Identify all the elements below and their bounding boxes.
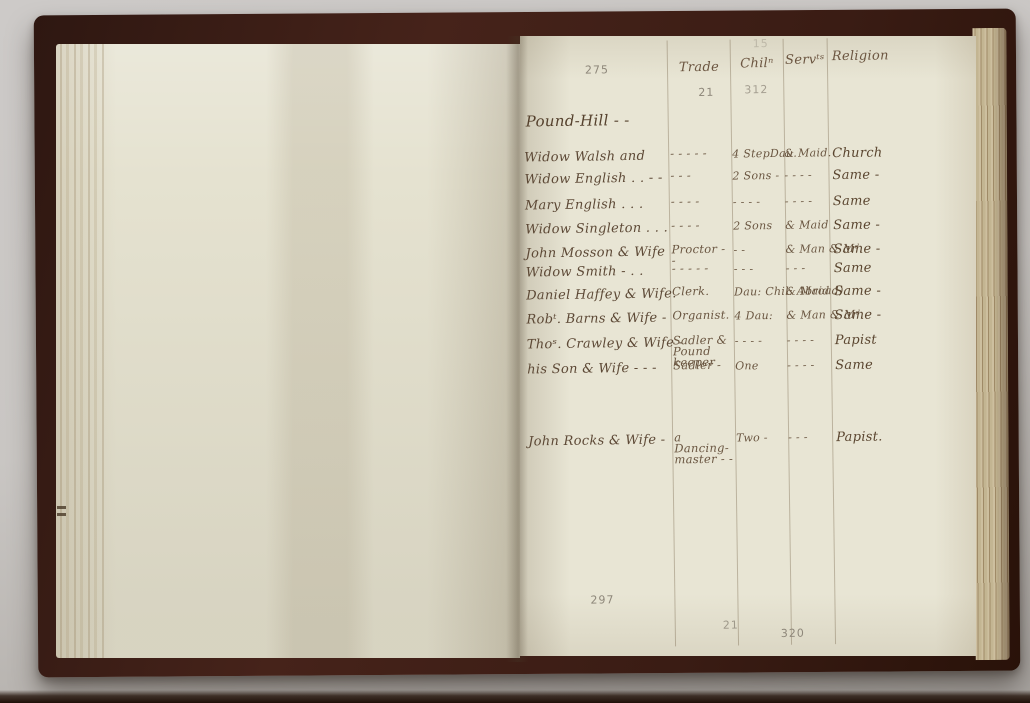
servants-cell: - - - -	[787, 358, 833, 372]
religion-cell: Same -	[833, 240, 965, 257]
servants-cell: - - -	[788, 430, 834, 444]
name-cell: Widow Walsh and	[524, 148, 674, 165]
children-cell: Two -	[736, 431, 788, 445]
trade-cell: - - - -	[671, 196, 733, 208]
register-table: Trade Chilⁿ Servᵗˢ Religion 275 15 21 31…	[517, 32, 982, 658]
children-cell: 2 Sons -	[732, 169, 784, 183]
left-page	[56, 44, 520, 658]
table-row: Robᵗ. Barns & Wife - Organist. 4 Dau: & …	[520, 306, 976, 334]
pencil-bottom-mid: 21	[723, 619, 739, 632]
religion-cell: Church	[832, 144, 964, 161]
name-cell: John Mosson & Wife	[525, 244, 675, 261]
name-cell: Widow Singleton . . .	[525, 220, 675, 237]
name-cell: Thoˢ. Crawley & Wife -	[527, 335, 677, 352]
pencil-trade-tally: 21	[698, 86, 714, 99]
servants-cell: - - - -	[784, 168, 830, 182]
name-cell: John Rocks & Wife -	[528, 432, 678, 449]
religion-cell: Same	[834, 259, 966, 276]
trade-cell: Organist.	[672, 310, 734, 322]
name-cell: Mary English . . .	[525, 196, 675, 213]
religion-cell: Same	[833, 192, 965, 209]
pencil-page-number: 275	[585, 63, 609, 76]
servants-cell: & Maid	[785, 218, 831, 232]
name-cell: Daniel Haffey & Wife.	[526, 286, 676, 303]
trade-cell: - - -	[670, 170, 732, 182]
name-cell: Robᵗ. Barns & Wife -	[526, 310, 676, 327]
children-cell: - - - -	[733, 195, 785, 209]
gutter-shadow	[506, 36, 528, 662]
table-row: John Rocks & Wife - a Dancing- master - …	[522, 428, 978, 456]
servants-cell: & Maid.	[784, 146, 830, 160]
servants-cell: - - - -	[787, 333, 833, 347]
religion-cell: Papist.	[836, 428, 968, 445]
children-cell: Dau: Chil: Abroad)	[734, 285, 786, 299]
binding-stubs	[60, 44, 108, 658]
right-page: Trade Chilⁿ Servᵗˢ Religion 275 15 21 31…	[520, 36, 976, 656]
table-row: Thoˢ. Crawley & Wife - Sadler & Pound ke…	[521, 331, 977, 359]
column-header-children: Chilⁿ	[731, 56, 783, 72]
pencil-faint-number: 15	[753, 37, 769, 50]
page-discoloration-band	[266, 44, 374, 658]
column-header-religion: Religion	[832, 48, 889, 64]
religion-cell: Same -	[833, 216, 965, 233]
children-cell: - -	[733, 243, 785, 257]
children-cell: 4 StepDau.	[732, 147, 784, 161]
column-header-servants: Servᵗˢ	[783, 52, 827, 68]
section-heading: Pound-Hill - -	[526, 111, 630, 130]
name-cell: Widow English . . - -	[524, 170, 674, 187]
servants-cell: - - -	[786, 261, 832, 275]
children-cell: - - - -	[735, 334, 787, 348]
servants-cell: & Maid	[786, 284, 832, 298]
religion-cell: Papist	[835, 331, 967, 348]
trade-cell: - - - -	[671, 220, 733, 232]
religion-cell: Same	[835, 356, 967, 373]
name-cell: his Son & Wife - - -	[527, 360, 677, 377]
table-row: his Son & Wife - - - Sadler - One - - - …	[521, 356, 977, 384]
pencil-bottom-right: 320	[781, 627, 805, 640]
table-edge-shadow	[0, 690, 1030, 703]
religion-cell: Same -	[832, 166, 964, 183]
servants-cell: & Man & Mᵈ.	[785, 242, 831, 256]
trade-cell: - - - - -	[672, 263, 734, 275]
religion-cell: Same -	[834, 282, 966, 299]
children-cell: - - -	[734, 262, 786, 276]
trade-cell: Clerk.	[672, 286, 734, 298]
pencil-bottom-left: 297	[590, 593, 614, 606]
servants-cell: & Man & Mᵈ.	[786, 308, 832, 322]
edge-mark	[57, 506, 66, 509]
children-cell: 2 Sons	[733, 219, 785, 233]
pencil-children-tally: 312	[744, 83, 768, 96]
servants-cell: - - - -	[785, 194, 831, 208]
religion-cell: Same -	[834, 306, 966, 323]
name-cell: Widow Smith - . .	[526, 263, 676, 280]
trade-cell: - - - - -	[670, 148, 732, 160]
trade-cell: a Dancing- master - -	[674, 432, 736, 466]
children-cell: 4 Dau:	[734, 309, 786, 323]
trade-cell: Sadler -	[673, 360, 735, 372]
column-header-trade: Trade	[669, 60, 729, 76]
children-cell: One	[735, 359, 787, 373]
photo-backdrop: Trade Chilⁿ Servᵗˢ Religion 275 15 21 31…	[0, 0, 1030, 703]
